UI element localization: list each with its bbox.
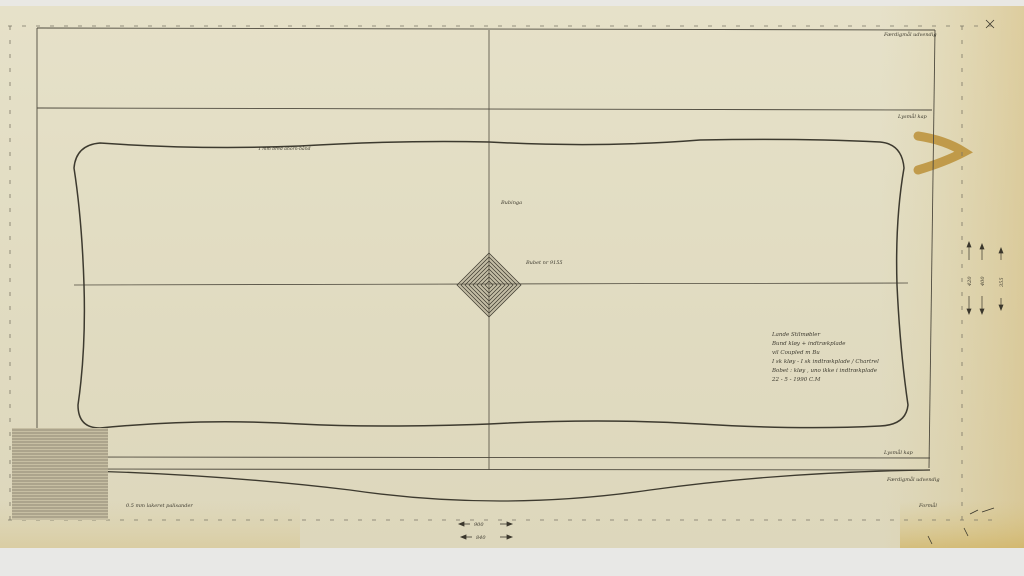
apron-curve xyxy=(40,470,930,501)
note-line: Bund kløy + indtrækplade xyxy=(772,340,879,349)
center-lines xyxy=(74,30,908,470)
label-clear-size-top: Lysmål kap xyxy=(897,113,928,120)
note-line: I sk kløy - I sk indtrækplade / Chartrel xyxy=(772,358,879,367)
label-veneer-sample: 0.5 mm lakeret palisander xyxy=(126,503,193,509)
note-line: 22 - 5 - 1990 C.M xyxy=(772,376,879,385)
label-scale: Formål xyxy=(918,502,937,509)
notes-block: Lande Stilmøbler Bund kløy + indtrækplad… xyxy=(772,331,879,385)
label-diamond-inlay: Bubet nr 9155 xyxy=(525,260,563,266)
dimension-width-inner: 840 xyxy=(476,535,486,541)
dimension-height-inner: 400 xyxy=(980,276,986,287)
label-outer-finish-top: Færdigmål udvendig xyxy=(883,31,937,38)
dimension-height-clear: 355 xyxy=(999,277,1005,287)
label-wood-species: Bubinga xyxy=(500,200,522,206)
dimension-width-outer: 900 xyxy=(474,522,484,528)
note-line: Lande Stilmøbler xyxy=(772,331,879,340)
label-edge-banding: 1 mm bred ahorn-bånd xyxy=(258,145,311,152)
label-clear-size-bottom: Lysmål kap xyxy=(883,449,914,456)
note-line: vil Coupled m Bu xyxy=(772,349,879,358)
outer-frame xyxy=(37,28,935,470)
diamond-inlay xyxy=(457,253,521,317)
technical-drawing: Færdigmål udvendig Lysmål kap Lysmål kap… xyxy=(0,0,1024,576)
paper-aging-stain xyxy=(880,6,1024,548)
veneer-hatch-sample xyxy=(12,428,108,520)
dimension-height-outer: 420 xyxy=(967,276,973,287)
note-line: Bobet : kløy , uno ikke i indtrækplade xyxy=(772,367,879,376)
label-outer-finish-bottom: Færdigmål udvendig xyxy=(886,476,940,483)
